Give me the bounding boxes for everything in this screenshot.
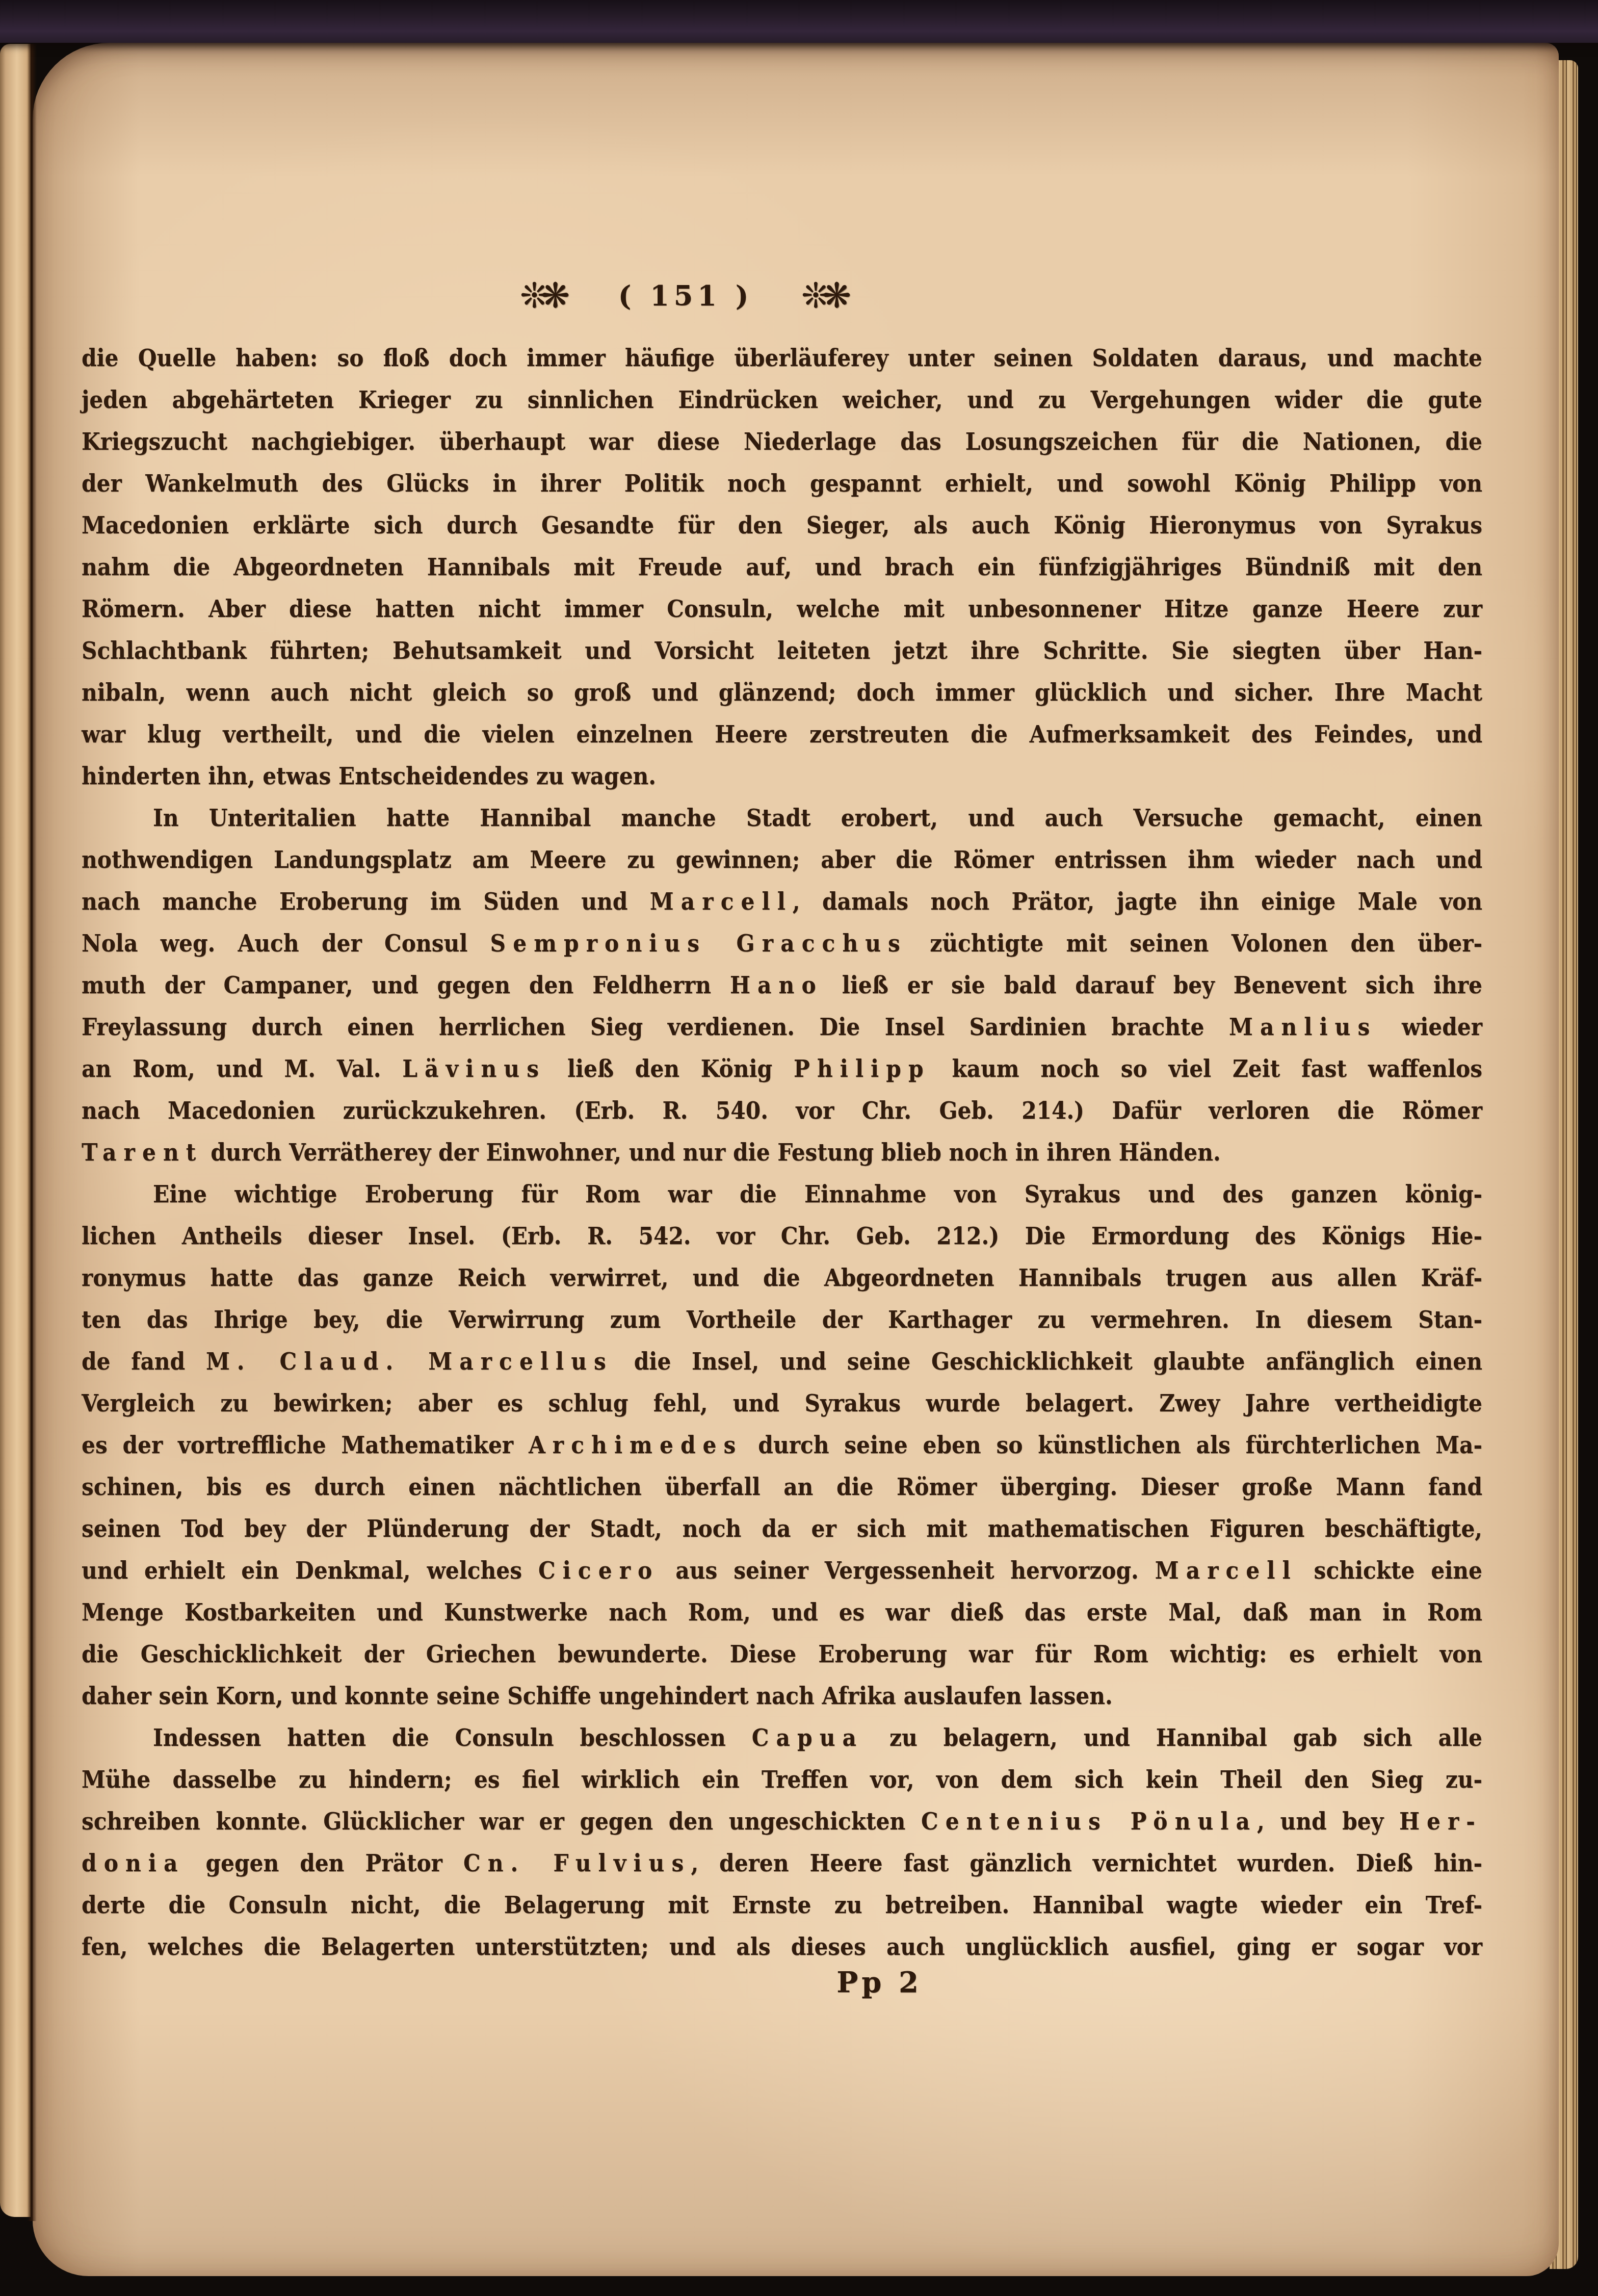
text-line: nach Macedonien zurückzukehren. (Erb. R.… xyxy=(82,1090,1482,1132)
text-line: de fand M. Claud. Marcellus die Insel, u… xyxy=(82,1341,1482,1383)
text-line: Indessen hatten die Consuln beschlossen … xyxy=(82,1717,1482,1759)
text-line: seinen Tod bey der Plünderung der Stadt,… xyxy=(82,1508,1482,1550)
letterspaced-name: Sempronius Gracchus xyxy=(490,930,907,958)
text-block: die Quelle haben: so floß doch immer häu… xyxy=(82,338,1482,1968)
letterspaced-name: Her- xyxy=(1399,1808,1482,1836)
letterspaced-name: Archimedes xyxy=(529,1431,743,1459)
text-line: derte die Consuln nicht, die Belagerung … xyxy=(82,1885,1482,1926)
signature-mark: Pp 2 xyxy=(813,1962,946,2003)
letterspaced-name: Tarent xyxy=(82,1139,203,1167)
letterspaced-name: M. Claud. Marcellus xyxy=(206,1348,613,1376)
floral-ornament-left-icon: ❊❋ xyxy=(520,276,570,316)
text-line: Nola weg. Auch der Consul Sempronius Gra… xyxy=(82,923,1482,965)
text-line: Menge Kostbarkeiten und Kunstwerke nach … xyxy=(82,1592,1482,1634)
text-line: muth der Campaner, und gegen den Feldher… xyxy=(82,965,1482,1007)
text-line: Römern. Aber diese hatten nicht immer Co… xyxy=(82,588,1482,630)
text-line: an Rom, und M. Val. Lävinus ließ den Kön… xyxy=(82,1048,1482,1090)
letterspaced-name: Centenius Pönula xyxy=(921,1808,1257,1836)
text-line: und erhielt ein Denkmal, welches Cicero … xyxy=(82,1550,1482,1592)
text-line: Schlachtbank führten; Behutsamkeit und V… xyxy=(82,630,1482,672)
text-line: donia gegen den Prätor Cn. Fulvius, dere… xyxy=(82,1843,1482,1885)
text-line: ten das Ihrige bey, die Verwirrung zum V… xyxy=(82,1299,1482,1341)
gutter-crease-shadow xyxy=(28,44,37,2221)
letterspaced-name: Manlius xyxy=(1229,1013,1377,1041)
text-line: schinen, bis es durch einen nächtlichen … xyxy=(82,1466,1482,1508)
text-line: Tarent durch Verrätherey der Einwohner, … xyxy=(82,1132,1482,1174)
text-line: Eine wichtige Eroberung für Rom war die … xyxy=(82,1174,1482,1216)
text-line: war klug vertheilt, und die vielen einze… xyxy=(82,714,1482,756)
book-cloth-backdrop-top xyxy=(0,0,1598,43)
text-line: schreiben konnte. Glücklicher war er geg… xyxy=(82,1801,1482,1843)
letterspaced-name: Capua xyxy=(752,1724,863,1752)
running-head: ❊❋ ( 151 ) ❊❋ xyxy=(520,265,851,326)
text-line: lichen Antheils dieser Insel. (Erb. R. 5… xyxy=(82,1216,1482,1257)
letterspaced-name: Lävinus xyxy=(402,1055,546,1083)
floral-ornament-right-icon: ❊❋ xyxy=(801,276,851,316)
text-line: nahm die Abgeordneten Hannibals mit Freu… xyxy=(82,547,1482,588)
letterspaced-name: Cicero xyxy=(538,1557,659,1585)
text-line: es der vortreffliche Mathematiker Archim… xyxy=(82,1425,1482,1466)
letterspaced-name: Philipp xyxy=(794,1055,931,1083)
letterspaced-name: Marcell xyxy=(1155,1557,1298,1585)
text-line: ronymus hatte das ganze Reich verwirret,… xyxy=(82,1257,1482,1299)
text-line: daher sein Korn, und konnte seine Schiff… xyxy=(82,1675,1482,1717)
text-line: Vergleich zu bewirken; aber es schlug fe… xyxy=(82,1383,1482,1425)
text-line: fen, welches die Belagerten unterstützte… xyxy=(82,1926,1482,1968)
text-line: hinderten ihn, etwas Entscheidendes zu w… xyxy=(82,756,1482,797)
letterspaced-name: donia xyxy=(82,1849,185,1877)
letterspaced-name: Hano xyxy=(730,971,823,999)
text-line: der Wankelmuth des Glücks in ihrer Polit… xyxy=(82,463,1482,505)
text-line: jeden abgehärteten Krieger zu sinnlichen… xyxy=(82,379,1482,421)
letterspaced-name: Cn. Fulvius xyxy=(463,1849,691,1877)
text-line: Macedonien erklärte sich durch Gesandte … xyxy=(82,505,1482,547)
letterspaced-name: Marcell xyxy=(650,888,793,916)
text-line: die Geschicklichkeit der Griechen bewund… xyxy=(82,1634,1482,1675)
text-line: nibaln, wenn auch nicht gleich so groß u… xyxy=(82,672,1482,714)
page-number: ( 151 ) xyxy=(618,279,753,312)
text-line: Freylassung durch einen herrlichen Sieg … xyxy=(82,1007,1482,1048)
text-line: nothwendigen Landungsplatz am Meere zu g… xyxy=(82,839,1482,881)
text-line: die Quelle haben: so floß doch immer häu… xyxy=(82,338,1482,379)
text-line: nach manche Eroberung im Süden und Marce… xyxy=(82,881,1482,923)
text-line: In Unteritalien hatte Hannibal manche St… xyxy=(82,797,1482,839)
text-line: Mühe dasselbe zu hindern; es fiel wirkli… xyxy=(82,1759,1482,1801)
text-line: Kriegszucht nachgiebiger. überhaupt war … xyxy=(82,421,1482,463)
facing-page-edge-left xyxy=(0,44,31,2217)
